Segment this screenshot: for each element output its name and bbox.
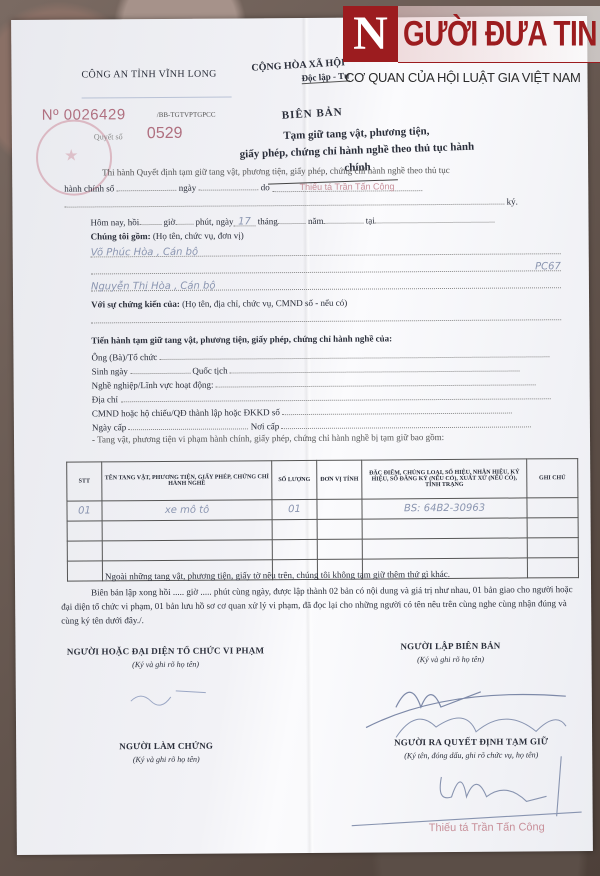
cell-item-name: xe mô tô <box>102 500 272 521</box>
members-line-2: PC67 <box>91 261 559 274</box>
members-hint: (Họ tên, chức vụ, đơn vị) <box>153 230 244 241</box>
nationality-field <box>230 361 520 373</box>
cell-note <box>527 538 578 558</box>
agency-name: CÔNG AN TỈNH VĨNH LONG <box>81 69 216 81</box>
cell-item-name <box>102 540 272 561</box>
table-header-row: STT TÊN TANG VẬT, PHƯƠNG TIỆN, GIẤY PHÉP… <box>67 459 578 502</box>
issue-date-field <box>128 419 248 430</box>
today-hour-label: Hôm nay, hồi <box>90 217 139 227</box>
member-2-field: Nguyễn Thị Hòa , Cán bộ <box>91 278 561 291</box>
decision-number: 0529 <box>147 125 183 143</box>
dob-field <box>130 364 190 374</box>
recorder-signature-title: NGƯỜI LẬP BIÊN BẢN <box>350 640 550 651</box>
person-line: Ông (Bà)/Tổ chức <box>91 347 559 362</box>
minute-field <box>175 215 193 225</box>
violator-handwriting <box>126 679 216 710</box>
document-title: BIÊN BẢN <box>281 106 342 122</box>
cell-quantity <box>272 539 317 559</box>
col-stt: STT <box>67 462 102 501</box>
cell-stt <box>67 521 102 541</box>
witness-signature-title: NGƯỜI LÀM CHỨNG <box>56 740 276 752</box>
address-label: Địa chỉ <box>92 394 118 404</box>
cell-stt <box>67 541 102 561</box>
id-label: CMND hoặc hộ chiếu/QĐ thành lập hoặc ĐKK… <box>92 407 280 418</box>
items-intro: - Tang vật, phương tiện vi phạm hành chí… <box>92 431 560 444</box>
issue-date-label: Ngày cấp <box>92 422 126 432</box>
today-year-label: năm <box>308 216 324 226</box>
member-1-field: Võ Phúc Hòa , Cán bộ <box>91 244 561 257</box>
cell-unit <box>317 499 362 519</box>
decision-date-label: ngày <box>179 183 197 193</box>
decider-signature-title: NGƯỜI RA QUYẾT ĐỊNH TẠM GIỮ <box>351 736 591 748</box>
col-description: ĐẶC ĐIỂM, CHỦNG LOẠI, SỐ HIỆU, NHÃN HIỆU… <box>362 459 527 499</box>
cell-stt: 01 <box>67 501 102 521</box>
issuer-field: Thiếu tá Trần Tấn Công <box>272 181 422 192</box>
proceed-heading: Tiến hành tạm giữ tang vật, phương tiện,… <box>91 332 559 345</box>
cell-unit <box>317 519 362 539</box>
watermark-logo-letter: N <box>343 6 398 62</box>
cell-description <box>362 538 527 559</box>
person-label: Ông (Bà)/Tổ chức <box>91 352 157 362</box>
witness-field <box>91 310 561 323</box>
id-line: CMND hoặc hộ chiếu/QĐ thành lập hoặc ĐKK… <box>92 403 560 418</box>
nguoi-dua-tin-watermark: N GƯỜI ĐƯA TIN CƠ QUAN CỦA HỘI LUẬT GIA … <box>343 6 600 86</box>
issue-place-field <box>281 417 531 429</box>
address-field <box>120 389 550 402</box>
witness-signature-hint: (Ký và ghi rõ họ tên) <box>56 754 276 765</box>
decision-date-field <box>198 180 258 190</box>
year-field <box>323 214 363 224</box>
issue-line: Ngày cấp Nơi cấp <box>92 417 560 432</box>
decider-name-stamp: Thiếu tá Trần Tấn Công <box>429 821 545 834</box>
today-line: Hôm nay, hồi giờ phút, ngày17 tháng năm … <box>90 212 558 227</box>
job-field <box>216 375 536 387</box>
cell-description: BS: 64B2-30963 <box>362 498 527 519</box>
issue-place-label: Nơi cấp <box>251 421 280 431</box>
members-label: Chúng tôi gồm: <box>91 231 151 241</box>
intro-line-2: hành chính số ngày do Thiếu tá Trần Tấn … <box>64 178 558 193</box>
person-field <box>160 347 550 360</box>
today-hour-unit: giờ <box>163 217 175 227</box>
decision-ref-label: hành chính số <box>64 183 114 193</box>
col-item-name: TÊN TANG VẬT, PHƯƠNG TIỆN, GIẤY PHÉP, CH… <box>102 461 272 501</box>
nationality-label: Quốc tịch <box>192 366 227 376</box>
cell-description <box>362 518 527 539</box>
serial-number: Nº 0026429 <box>42 106 126 124</box>
hour-field <box>139 215 161 225</box>
closing-paragraph-2: Biên bản lập xong hồi ..... giờ ..... ph… <box>61 582 581 628</box>
witness-heading: Với sự chứng kiến của: (Họ tên, địa chỉ,… <box>91 296 559 309</box>
witness-line <box>91 310 559 325</box>
witness-hint: (Họ tên, địa chỉ, chức vụ, CMND số - nếu… <box>182 298 347 309</box>
cell-quantity <box>272 519 317 539</box>
member-unit-field: PC67 <box>91 261 561 274</box>
closing-paragraph-1: Ngoài những tang vật, phương tiện, giấy … <box>75 566 585 584</box>
issuer-label: do <box>261 182 270 192</box>
col-quantity: SỐ LƯỢNG <box>272 460 317 499</box>
decider-signature <box>346 756 586 828</box>
cell-quantity: 01 <box>272 499 317 519</box>
dob-label: Sinh ngày <box>92 366 128 376</box>
today-minute-unit: phút, ngày <box>195 216 233 226</box>
day-field: 17 <box>233 216 255 226</box>
col-note: GHI CHÚ <box>527 459 578 498</box>
today-month-label: tháng <box>258 216 278 226</box>
violator-signature-hint: (Ký và ghi rõ họ tên) <box>46 659 286 670</box>
proceed-label: Tiến hành tạm giữ tang vật, phương tiện,… <box>91 333 392 345</box>
job-line: Nghề nghiệp/Lĩnh vực hoạt động: <box>92 375 560 390</box>
members-line-3: Nguyễn Thị Hòa , Cán bộ <box>91 278 559 291</box>
intro-line: Thi hành Quyết định tạm giữ tang vật, ph… <box>102 164 558 177</box>
signed-label: ký. <box>507 196 518 206</box>
document-paper: CÔNG AN TỈNH VĨNH LONG CỘNG HÒA XÃ HỘI Đ… <box>11 16 593 855</box>
recorder-signature-hint: (Ký và ghi rõ họ tên) <box>351 654 551 664</box>
dob-line: Sinh ngày Quốc tịch <box>91 361 559 376</box>
watermark-divider <box>398 62 600 63</box>
col-unit: ĐƠN VỊ TÍNH <box>317 460 362 499</box>
subtitle-line-1: Tạm giữ tang vật, phương tiện, <box>283 125 429 142</box>
address-line: Địa chỉ <box>92 389 560 404</box>
id-field <box>282 404 512 416</box>
job-label: Nghề nghiệp/Lĩnh vực hoạt động: <box>92 380 214 391</box>
decision-label: Quyết số <box>94 132 123 141</box>
members-line-1: Võ Phúc Hòa , Cán bộ <box>91 244 559 257</box>
intro-line-3: ký. <box>64 194 558 209</box>
watermark-brand-name: GƯỜI ĐƯA TIN <box>403 14 597 54</box>
agency-signature-line <box>82 82 232 98</box>
cell-note <box>527 498 578 518</box>
cell-item-name <box>102 520 272 541</box>
intro-dotted-field <box>64 195 504 208</box>
form-code: /BB-TGTVPTGPCC <box>157 111 216 119</box>
decision-ref-field <box>116 181 176 191</box>
issuer-stamp: Thiếu tá Trần Tấn Công <box>300 181 395 192</box>
cell-unit <box>317 539 362 559</box>
cell-note <box>527 518 578 538</box>
members-heading: Chúng tôi gồm: (Họ tên, chức vụ, đơn vị) <box>91 228 559 241</box>
place-field <box>375 213 495 224</box>
today-place-label: tại <box>366 215 375 225</box>
month-field <box>278 214 306 224</box>
violator-signature-title: NGƯỜI HOẶC ĐẠI DIỆN TỔ CHỨC VI PHẠM <box>45 645 285 657</box>
watermark-tagline: CƠ QUAN CỦA HỘI LUẬT GIA VIỆT NAM <box>345 70 581 85</box>
seized-items-table: STT TÊN TANG VẬT, PHƯƠNG TIỆN, GIẤY PHÉP… <box>66 458 579 582</box>
witness-label: Với sự chứng kiến của: <box>91 299 180 310</box>
